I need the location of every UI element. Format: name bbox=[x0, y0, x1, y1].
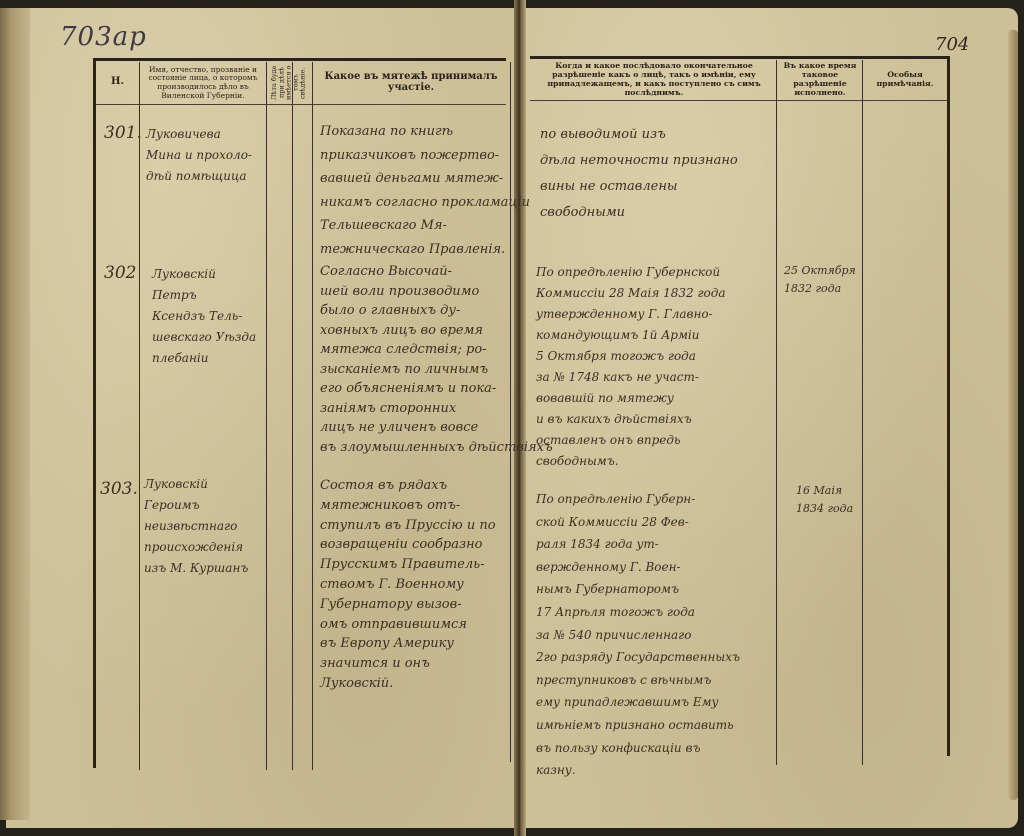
col-divider-years-a bbox=[292, 62, 293, 770]
header-years: Лѣта буде при дѣлѣ имѣется о томъ свѣдѣн… bbox=[267, 62, 311, 104]
row-303-resolution: По опредѣленiю Губерн- ской Коммиссiи 28… bbox=[536, 488, 740, 782]
row-301-number: 301. bbox=[104, 122, 142, 146]
row-302-executed-time: 25 Октября 1832 года bbox=[784, 262, 856, 298]
row-301-resolution: по выводимой изъ дѣла неточности признан… bbox=[540, 122, 738, 226]
row-302-name: Луковскiй Петръ Ксендзъ Тель- шевскаго У… bbox=[152, 264, 256, 369]
header-number: Н. bbox=[96, 62, 139, 102]
header-name: Имя, отчество, прозванiе и состоянiе лиц… bbox=[141, 62, 265, 104]
header-executed-time: Въ какое время таковое разрѣшенiе исполн… bbox=[778, 60, 862, 100]
row-303-executed-time: 16 Маiя 1834 года bbox=[796, 482, 853, 518]
left-header-bottom-rule bbox=[96, 104, 506, 105]
page-stack-edge bbox=[0, 8, 30, 820]
right-page-edge bbox=[1008, 30, 1018, 800]
row-301-name: Луковичева Мина и прохоло- дѣй помѣщица bbox=[146, 124, 252, 187]
header-remarks: Особыя примѣчанiя. bbox=[864, 60, 946, 100]
header-participation: Какое въ мятежѣ принималъ участiе. bbox=[314, 62, 508, 102]
row-301-participation: Показана по книгѣ приказчиковъ пожертво-… bbox=[320, 120, 530, 261]
col-divider-name bbox=[266, 62, 267, 770]
col-divider-number bbox=[139, 62, 140, 770]
left-header-top-rule bbox=[96, 58, 506, 61]
header-resolution: Когда и какое послѣдовало окончательное … bbox=[532, 60, 776, 100]
right-header-top-rule bbox=[530, 56, 950, 59]
col-divider-executed bbox=[862, 60, 863, 765]
row-303-number: 303. bbox=[100, 478, 138, 502]
row-303-name: Луковскiй Героимъ неизвѣстнаго происхожд… bbox=[144, 474, 248, 579]
col-divider-resolution bbox=[776, 60, 777, 765]
ledger-book: 703ap 704 Н. Имя, отчество, прозванiе и … bbox=[0, 0, 1024, 836]
folio-number: 704 bbox=[935, 34, 969, 55]
left-outer-border bbox=[93, 58, 96, 768]
row-303-participation: Состоя въ рядахъ мятежниковъ отъ- ступил… bbox=[320, 476, 496, 694]
row-302-resolution: По опредѣленiю Губернской Коммиссiи 28 М… bbox=[536, 262, 726, 472]
right-outer-border bbox=[947, 56, 950, 756]
row-302-number: 302 bbox=[104, 262, 136, 286]
row-302-participation: Согласно Высочай- шей воли производимо б… bbox=[320, 262, 553, 457]
right-header-bottom-rule bbox=[530, 100, 950, 101]
col-divider-years-b bbox=[312, 62, 313, 770]
archive-mark: 703ap bbox=[60, 22, 147, 52]
